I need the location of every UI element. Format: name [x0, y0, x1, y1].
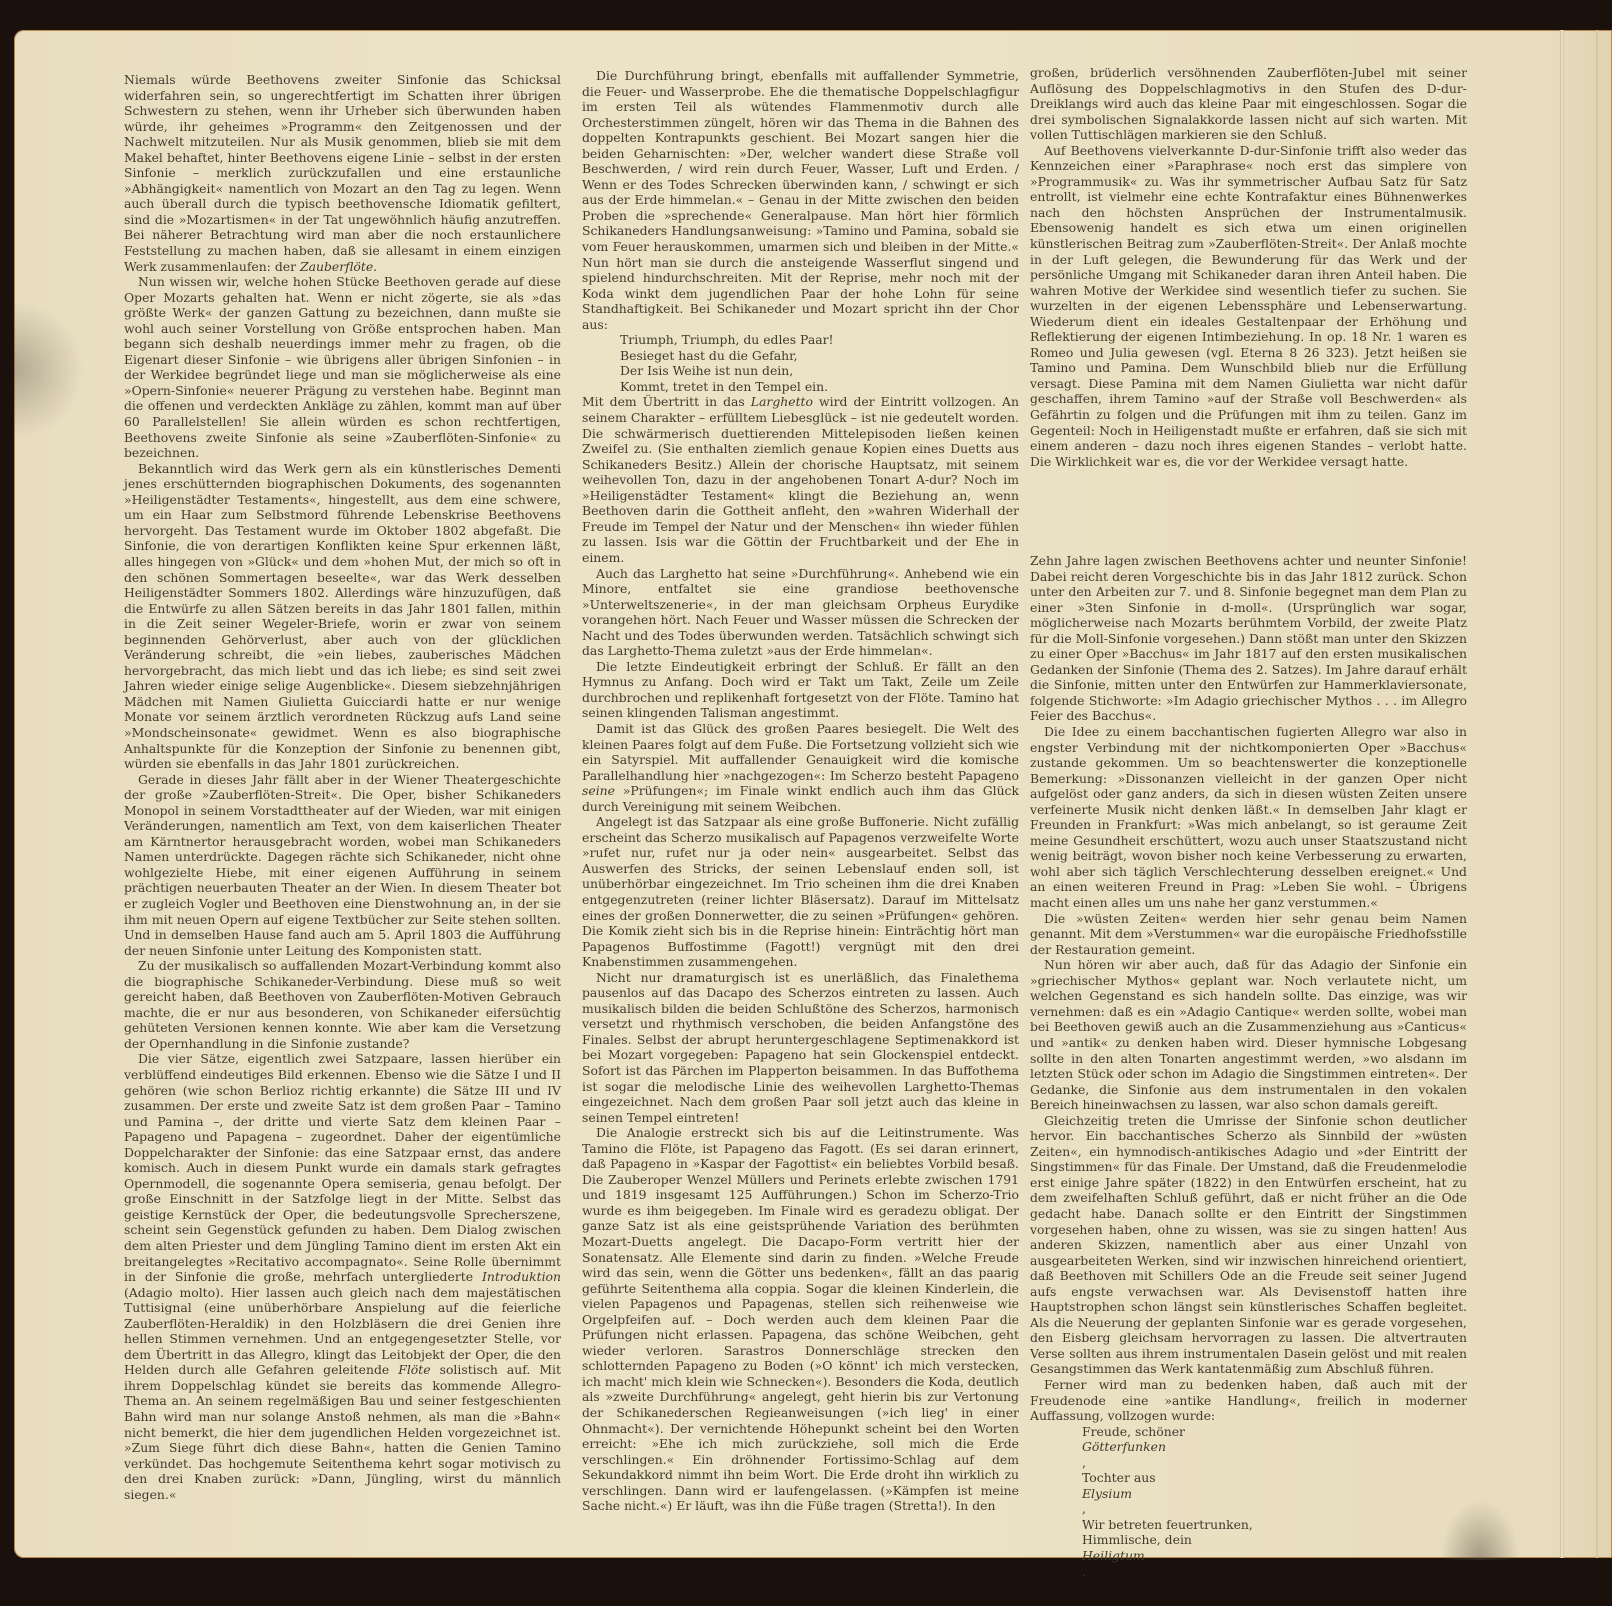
text-column-middle: Die Durchführung bringt, ebenfalls mit a…	[582, 68, 1019, 1514]
finger-shadow-left	[14, 300, 84, 440]
paragraph-text: Damit ist das Glück des großen Paares be…	[582, 721, 1019, 783]
paragraph-text: solistisch auf. Mit ihrem Doppelschlag k…	[124, 1362, 561, 1501]
verse-text: .	[1082, 1564, 1467, 1580]
verse-line: Besieget hast du die Gefahr,	[620, 348, 1019, 364]
paragraph: Die Analogie erstreckt sich bis auf die …	[582, 1125, 1019, 1514]
paragraph: Die Durchführung bringt, ebenfalls mit a…	[582, 68, 1019, 332]
paragraph-text: »Prüfungen«; im Finale winkt endlich auc…	[582, 783, 1019, 814]
italic-term: seine	[582, 783, 615, 798]
verse-line: Tochter aus Elysium,	[1082, 1470, 1467, 1517]
paragraph: Nicht nur dramaturgisch ist es unerläßli…	[582, 970, 1019, 1125]
italic-term: Götterfunken	[1082, 1439, 1166, 1454]
paragraph: Die Idee zu einem bacchantischen fugiert…	[1030, 724, 1467, 911]
verse-text: Freude, schöner	[1082, 1424, 1467, 1440]
text-column-right-top: großen, brüderlich versöhnenden Zauberfl…	[1030, 65, 1467, 469]
verse-line: Freude, schöner Götterfunken,	[1082, 1424, 1467, 1471]
italic-term: Introduktion	[482, 1269, 561, 1284]
paragraph-text: Mit dem Übertritt in das	[582, 394, 751, 409]
verse-line: Himmlische, dein Heiligtum.	[1082, 1532, 1467, 1579]
sleeve-edge-line	[1596, 30, 1598, 1558]
verse-line: Der Isis Weihe ist nun dein,	[620, 363, 1019, 379]
verse-text: ,	[1082, 1455, 1467, 1471]
paragraph: Ferner wird man zu bedenken haben, daß a…	[1030, 1377, 1467, 1424]
paragraph: Angelegt ist das Satzpaar als eine große…	[582, 814, 1019, 969]
text-column-right-bottom: Zehn Jahre lagen zwischen Beethovens ach…	[1030, 553, 1467, 1579]
paragraph: großen, brüderlich versöhnenden Zauberfl…	[1030, 65, 1467, 143]
paragraph: Nun wissen wir, welche hohen Stücke Beet…	[124, 274, 561, 461]
italic-term: Larghetto	[751, 394, 813, 409]
italic-title: Zauberflöte	[300, 259, 373, 274]
paragraph: Die vier Sätze, eigentlich zwei Satzpaar…	[124, 1051, 561, 1502]
paragraph: Die letzte Eindeutigkeit erbringt der Sc…	[582, 659, 1019, 721]
verse-line: Triumph, Triumph, du edles Paar!	[620, 332, 1019, 348]
verse-text: Wir betreten feuertrunken,	[1082, 1517, 1467, 1533]
verse-quote: Triumph, Triumph, du edles Paar! Besiege…	[620, 332, 1019, 394]
paragraph: Nun hören wir aber auch, daß für das Ada…	[1030, 957, 1467, 1112]
verse-text: ,	[1082, 1501, 1467, 1517]
verse-quote: Freude, schöner Götterfunken, Tochter au…	[1082, 1424, 1467, 1579]
paragraph-text: Die vier Sätze, eigentlich zwei Satzpaar…	[124, 1051, 561, 1284]
italic-term: Heiligtum	[1082, 1548, 1145, 1563]
verse-line: Wir betreten feuertrunken,	[1082, 1517, 1467, 1533]
paragraph: Bekanntlich wird das Werk gern als ein k…	[124, 461, 561, 772]
text-column-left: Niemals würde Beethovens zweiter Sinfoni…	[124, 72, 561, 1502]
paragraph: Mit dem Übertritt in das Larghetto wird …	[582, 394, 1019, 565]
paragraph: Zehn Jahre lagen zwischen Beethovens ach…	[1030, 553, 1467, 724]
paragraph: Gleichzeitig treten die Umrisse der Sinf…	[1030, 1113, 1467, 1377]
italic-term: Flöte	[398, 1362, 430, 1377]
sleeve-fold-line	[1560, 30, 1564, 1558]
paragraph: Damit ist das Glück des großen Paares be…	[582, 721, 1019, 814]
paragraph: Zu der musikalisch so auffallenden Mozar…	[124, 958, 561, 1051]
paragraph: Niemals würde Beethovens zweiter Sinfoni…	[124, 72, 561, 274]
paragraph: Gerade in dieses Jahr fällt aber in der …	[124, 772, 561, 959]
paragraph-text: wird der Eintritt vollzogen. An seinem C…	[582, 394, 1019, 564]
paragraph: Auf Beethovens vielverkannte D-dur-Sinfo…	[1030, 143, 1467, 469]
paragraph: Die »wüsten Zeiten« werden hier sehr gen…	[1030, 911, 1467, 958]
paragraph-text: Niemals würde Beethovens zweiter Sinfoni…	[124, 72, 561, 274]
verse-text: Himmlische, dein	[1082, 1532, 1467, 1548]
italic-term: Elysium	[1082, 1486, 1132, 1501]
paragraph: Auch das Larghetto hat seine »Durchführu…	[582, 566, 1019, 659]
paragraph-text: .	[373, 259, 377, 274]
verse-text: Tochter aus	[1082, 1470, 1467, 1486]
verse-line: Kommt, tretet in den Tempel ein.	[620, 379, 1019, 395]
